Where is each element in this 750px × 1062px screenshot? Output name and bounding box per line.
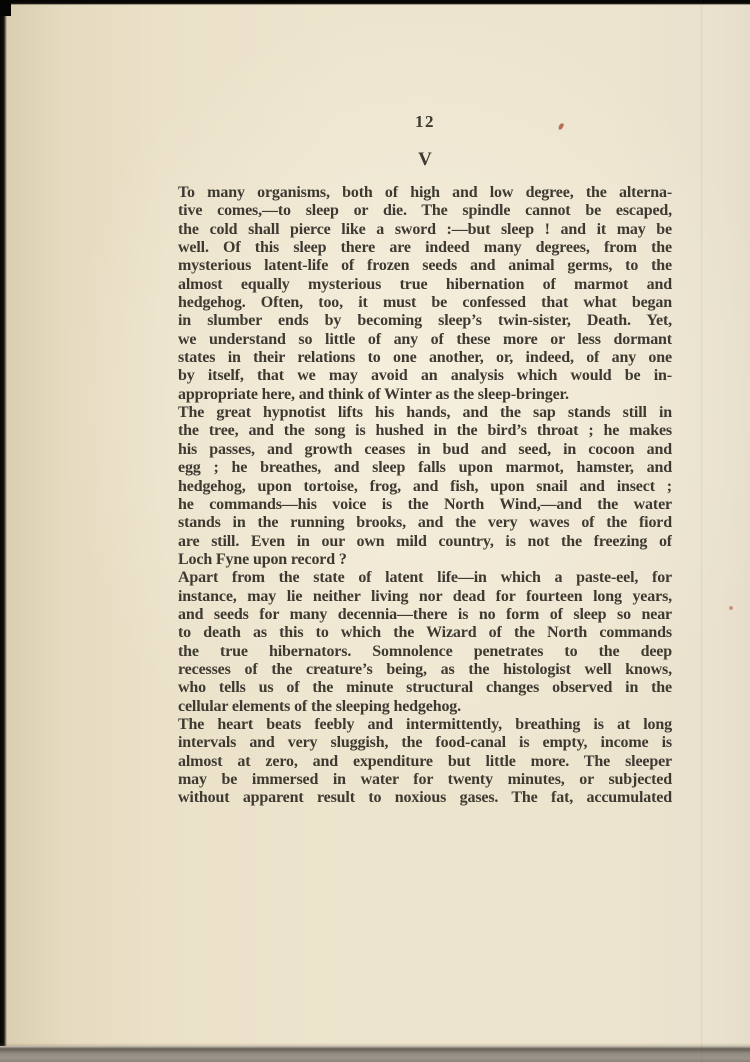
section-heading: V: [178, 149, 672, 173]
text-line: recesses of the creature’s being, as the…: [178, 661, 672, 679]
text-line: his passes, and growth ceases in bud and…: [178, 441, 672, 459]
paragraph: The great hypnotist lifts his hands, and…: [178, 404, 672, 569]
text-line: the cold shall pierce like a sword :—but…: [178, 221, 672, 239]
scan-edge-top: [0, 0, 750, 5]
ink-speck: [729, 606, 733, 610]
paragraph: Apart from the state of latent life—in w…: [178, 569, 672, 716]
book-page-edges: [0, 1046, 750, 1062]
scan-corner: [0, 0, 11, 16]
text-line: may be immersed in water for twenty minu…: [178, 771, 672, 789]
text-line: Apart from the state of latent life—in w…: [178, 569, 672, 587]
text-line: to death as this to which the Wizard of …: [178, 624, 672, 642]
text-line: intervals and very sluggish, the food-ca…: [178, 734, 672, 752]
paragraph: To many organisms, both of high and low …: [178, 184, 672, 404]
text-line: without apparent result to noxious gases…: [178, 789, 672, 807]
text-line: who tells us of the minute structural ch…: [178, 679, 672, 697]
text-line: the tree, and the song is hushed in the …: [178, 422, 672, 440]
text-line: he commands—his voice is the North Wind,…: [178, 496, 672, 514]
text-line: egg ; he breathes, and sleep falls upon …: [178, 459, 672, 477]
text-line: are still. Even in our own mild country,…: [178, 533, 672, 551]
text-line: states in their relations to one another…: [178, 349, 672, 367]
text-line: and seeds for many decennia—there is no …: [178, 606, 672, 624]
text-line: almost at zero, and expenditure but litt…: [178, 753, 672, 771]
text-line: To many organisms, both of high and low …: [178, 184, 672, 202]
text-line: mysterious latent-life of frozen seeds a…: [178, 257, 672, 275]
paragraph: The heart beats feebly and intermittentl…: [178, 716, 672, 808]
text-line: The heart beats feebly and intermittentl…: [178, 716, 672, 734]
scanned-book-page: 12 V To many organisms, both of high and…: [0, 0, 750, 1062]
text-line: cellular elements of the sleeping hedgeh…: [178, 698, 672, 716]
text-line: almost equally mysterious true hibernati…: [178, 276, 672, 294]
text-line: The great hypnotist lifts his hands, and…: [178, 404, 672, 422]
scan-edge-left: [0, 0, 7, 1062]
text-line: hedgehog, upon tortoise, frog, and fish,…: [178, 478, 672, 496]
text-line: Loch Fyne upon record ?: [178, 551, 672, 569]
text-line: the true hibernators. Somnolence penetra…: [178, 643, 672, 661]
text-line: stands in the running brooks, and the ve…: [178, 514, 672, 532]
text-line: in slumber ends by becoming sleep’s twin…: [178, 312, 672, 330]
text-line: well. Of this sleep there are indeed man…: [178, 239, 672, 257]
text-line: appropriate here, and think of Winter as…: [178, 386, 672, 404]
page-number: 12: [178, 112, 672, 134]
text-line: by itself, that we may avoid an analysis…: [178, 367, 672, 385]
text-line: hedgehog. Often, too, it must be confess…: [178, 294, 672, 312]
text-column: To many organisms, both of high and low …: [178, 184, 672, 808]
text-line: tive comes,—to sleep or die. The spindle…: [178, 202, 672, 220]
text-line: instance, may lie neither living nor dea…: [178, 588, 672, 606]
text-line: we understand so little of any of these …: [178, 331, 672, 349]
